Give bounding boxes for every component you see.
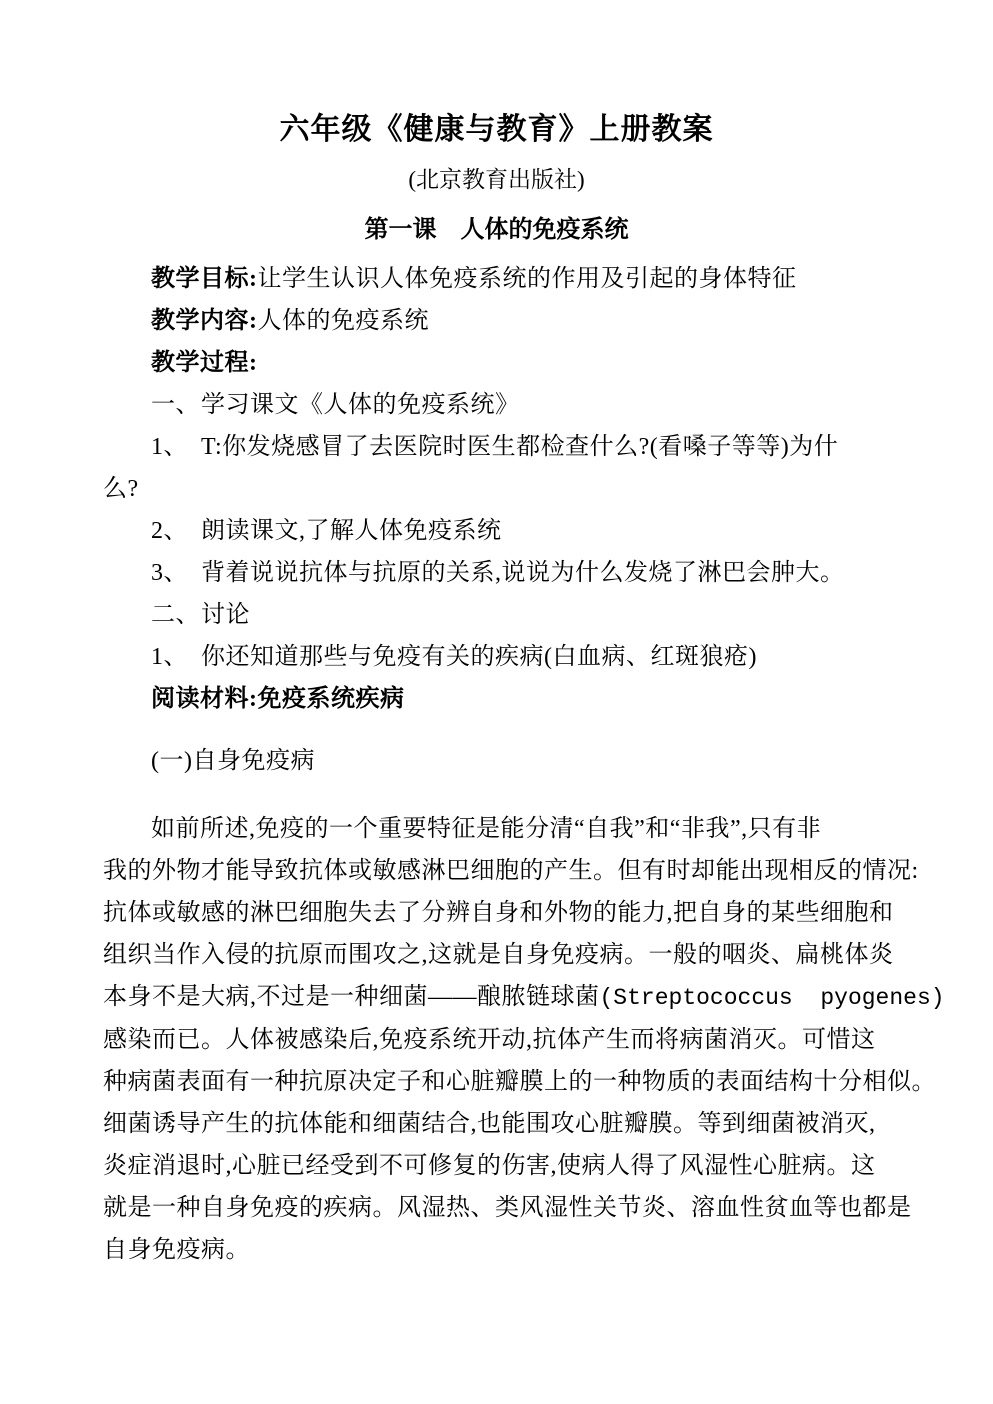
- teaching-content-text: 人体的免疫系统: [258, 308, 430, 334]
- outline-section-number: 一、: [151, 384, 201, 426]
- paragraph-line: 细菌诱导产生的抗体能和细菌结合,也能围攻心脏瓣膜。等到细菌被消灭,: [103, 1103, 943, 1145]
- paragraph-line: 如前所述,免疫的一个重要特征是能分清“自我”和“非我”,只有非: [103, 808, 943, 850]
- teaching-goal-text: 让学生认识人体免疫系统的作用及引起的身体特征: [258, 266, 797, 292]
- paragraph-line: 种病菌表面有一种抗原决定子和心脏瓣膜上的一种物质的表面结构十分相似。: [103, 1061, 943, 1103]
- outline-item-line: 2、朗读课文,了解人体免疫系统: [103, 510, 943, 552]
- outline-item-number: 3、: [151, 552, 201, 594]
- teaching-content-line: 教学内容:人体的免疫系统: [103, 300, 943, 342]
- outline-item-number: 1、: [151, 426, 201, 468]
- outline-item-text: 朗读课文,了解人体免疫系统: [201, 518, 502, 544]
- lesson-title: 第一课 人体的免疫系统: [0, 215, 993, 245]
- outline-item-text: T:你发烧感冒了去医院时医生都检查什么?(看嗓子等等)为什: [201, 434, 838, 460]
- paragraph-line: 就是一种自身免疫的疾病。风湿热、类风湿性关节炎、溶血性贫血等也都是: [103, 1187, 943, 1229]
- outline-item-number: 1、: [151, 636, 201, 678]
- reading-paragraph: 如前所述,免疫的一个重要特征是能分清“自我”和“非我”,只有非 我的外物才能导致…: [103, 808, 943, 1271]
- paragraph-line-latin: (Streptococcus pyogenes): [600, 985, 945, 1011]
- paragraph-line: 感染而已。人体被感染后,免疫系统开动,抗体产生而将病菌消灭。可惜这: [103, 1019, 943, 1061]
- outline-section-text: 学习课文《人体的免疫系统》: [201, 392, 520, 418]
- reading-subheading: (一)自身免疫病: [103, 740, 943, 782]
- teaching-content-label: 教学内容:: [151, 308, 258, 334]
- teaching-goal-label: 教学目标:: [151, 266, 258, 292]
- outline-item-line: 1、T:你发烧感冒了去医院时医生都检查什么?(看嗓子等等)为什: [103, 426, 943, 468]
- outline-section-line: 一、学习课文《人体的免疫系统》: [103, 384, 943, 426]
- document-body: 教学目标:让学生认识人体免疫系统的作用及引起的身体特征 教学内容:人体的免疫系统…: [103, 258, 943, 1271]
- outline-section-number: 二、: [151, 594, 201, 636]
- paragraph-line: 组织当作入侵的抗原而围攻之,这就是自身免疫病。一般的咽炎、扁桃体炎: [103, 934, 943, 976]
- outline-item-text: 背着说说抗体与抗原的关系,说说为什么发烧了淋巴会肿大。: [201, 560, 845, 586]
- paragraph-line-cjk: 本身不是大病,不过是一种细菌——酿脓链球菌: [103, 984, 600, 1010]
- teaching-process-line: 教学过程:: [103, 342, 943, 384]
- paragraph-line: 我的外物才能导致抗体或敏感淋巴细胞的产生。但有时却能出现相反的情况:: [103, 850, 943, 892]
- paragraph-line: 本身不是大病,不过是一种细菌——酿脓链球菌(Streptococcus pyog…: [103, 976, 943, 1019]
- paragraph-line: 抗体或敏感的淋巴细胞失去了分辨自身和外物的能力,把自身的某些细胞和: [103, 892, 943, 934]
- outline-item-line: 1、你还知道那些与免疫有关的疾病(白血病、红斑狼疮): [103, 636, 943, 678]
- outline-section-line: 二、讨论: [103, 594, 943, 636]
- reading-material-heading: 阅读材料:免疫系统疾病: [103, 678, 943, 720]
- teaching-goal-line: 教学目标:让学生认识人体免疫系统的作用及引起的身体特征: [103, 258, 943, 300]
- outline-item-line: 3、背着说说抗体与抗原的关系,说说为什么发烧了淋巴会肿大。: [103, 552, 943, 594]
- paragraph-line: 炎症消退时,心脏已经受到不可修复的伤害,使病人得了风湿性心脏病。这: [103, 1145, 943, 1187]
- outline-item-number: 2、: [151, 510, 201, 552]
- outline-section-text: 讨论: [201, 602, 250, 628]
- publisher-line: (北京教育出版社): [0, 165, 993, 195]
- outline-item-text: 你还知道那些与免疫有关的疾病(白血病、红斑狼疮): [201, 644, 757, 670]
- teaching-process-label: 教学过程:: [151, 350, 258, 376]
- outline-wrap-line: 么?: [103, 468, 943, 510]
- paragraph-line: 自身免疫病。: [103, 1229, 943, 1271]
- document-title: 六年级《健康与教育》上册教案: [0, 112, 993, 148]
- document-page: 六年级《健康与教育》上册教案 (北京教育出版社) 第一课 人体的免疫系统 教学目…: [0, 0, 993, 1404]
